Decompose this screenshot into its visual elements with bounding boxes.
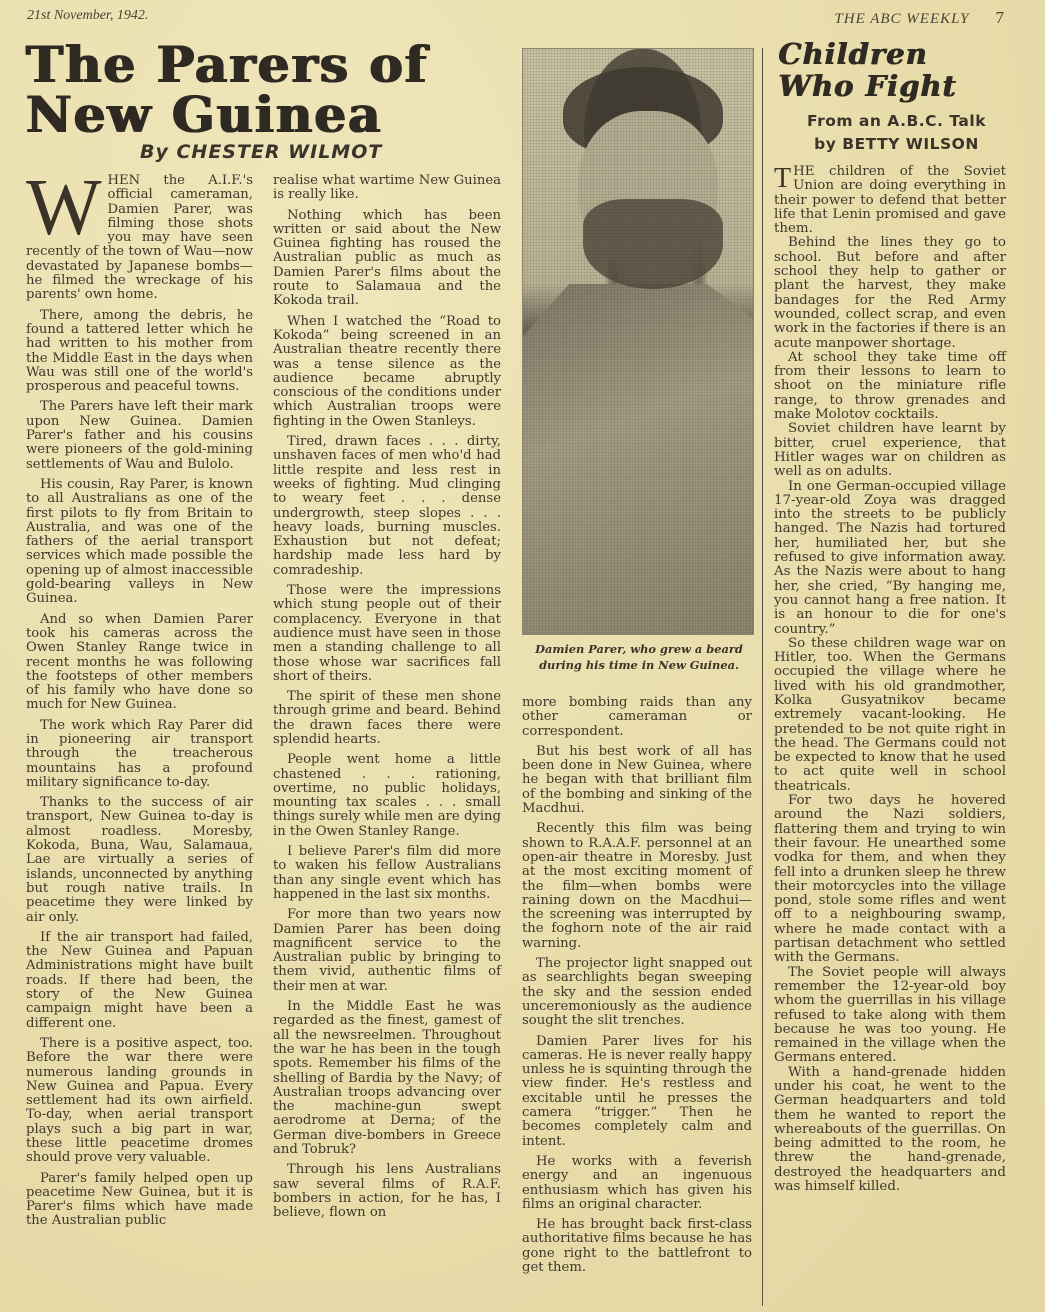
paragraph: Damien Parer lives for his cameras. He i… bbox=[522, 1035, 752, 1149]
paragraph: If the air transport had failed, the New… bbox=[26, 931, 253, 1031]
photo-caption: Damien Parer, who grew a beard during hi… bbox=[521, 641, 757, 673]
article-column-3: more bombing raids than any other camera… bbox=[522, 696, 752, 1281]
paragraph: Thanks to the success of air transport, … bbox=[26, 796, 253, 925]
paragraph: The work which Ray Parer did in pioneeri… bbox=[26, 719, 253, 790]
paragraph: His cousin, Ray Parer, is known to all A… bbox=[26, 478, 253, 607]
paragraph: Those were the impressions which stung p… bbox=[273, 584, 501, 684]
paragraph: I believe Parer's film did more to waken… bbox=[273, 845, 501, 902]
paragraph: When I watched the “Road to Kokoda” bein… bbox=[273, 315, 501, 429]
paragraph: But his best work of all has been done i… bbox=[522, 745, 752, 816]
side-article-byline: by BETTY WILSON bbox=[774, 133, 1019, 156]
headline-line-2: New Guinea bbox=[26, 85, 383, 144]
paragraph: In one German-occupied village 17-year-o… bbox=[774, 480, 1006, 637]
drop-cap: T bbox=[774, 167, 791, 191]
paragraph: So these children wage war on Hitler, to… bbox=[774, 637, 1006, 794]
side-article-headline: Children Who Fight bbox=[778, 38, 1018, 102]
side-headline-line-1: Children bbox=[778, 37, 927, 71]
publication-title: THE ABC WEEKLY bbox=[834, 11, 969, 27]
paragraph: In the Middle East he was regarded as th… bbox=[273, 1000, 501, 1157]
side-article-source: From an A.B.C. Talk bbox=[774, 110, 1019, 133]
paragraph: For two days he hovered around the Nazi … bbox=[774, 794, 1006, 966]
paragraph: THE children of the Soviet Union are doi… bbox=[774, 165, 1006, 236]
publication-name: THE ABC WEEKLY7 bbox=[834, 8, 1005, 28]
paragraph: Through his lens Australians saw several… bbox=[273, 1163, 501, 1220]
paragraph: WHEN the A.I.F.'s official cameraman, Da… bbox=[26, 174, 253, 303]
paragraph: People went home a little chastened . . … bbox=[273, 753, 501, 839]
page-number: 7 bbox=[996, 8, 1006, 27]
paragraph: Soviet children have learnt by bitter, c… bbox=[774, 422, 1006, 479]
drop-cap: W bbox=[26, 176, 102, 240]
halftone-texture bbox=[523, 49, 753, 634]
paragraph: He works with a feverish energy and an i… bbox=[522, 1155, 752, 1212]
paragraph: Nothing which has been written or said a… bbox=[273, 209, 501, 309]
article-column-1: WHEN the A.I.F.'s official cameraman, Da… bbox=[26, 174, 253, 1235]
paragraph: At school they take time off from their … bbox=[774, 351, 1006, 422]
paragraph: There, among the debris, he found a tatt… bbox=[26, 309, 253, 395]
paragraph: The spirit of these men shone through gr… bbox=[273, 690, 501, 747]
paragraph: The Soviet people will always remember t… bbox=[774, 966, 1006, 1066]
paragraph: more bombing raids than any other camera… bbox=[522, 696, 752, 739]
paragraph: Behind the lines they go to school. But … bbox=[774, 236, 1006, 350]
paragraph: For more than two years now Damien Parer… bbox=[273, 908, 501, 994]
main-article-headline: The Parers of New Guinea bbox=[26, 40, 506, 140]
paragraph: The projector light snapped out as searc… bbox=[522, 957, 752, 1028]
paragraph: Parer's family helped open up peacetime … bbox=[26, 1172, 253, 1229]
paragraph: He has brought back first-class authorit… bbox=[522, 1218, 752, 1275]
side-article-subtitle: From an A.B.C. Talk by BETTY WILSON bbox=[774, 110, 1019, 156]
issue-date: 21st November, 1942. bbox=[27, 8, 148, 24]
paragraph: Recently this film was being shown to R.… bbox=[522, 822, 752, 951]
paragraph: There is a positive aspect, too. Before … bbox=[26, 1037, 253, 1166]
paragraph: The Parers have left their mark upon New… bbox=[26, 400, 253, 471]
portrait-photo bbox=[522, 48, 754, 635]
side-article-column: THE children of the Soviet Union are doi… bbox=[774, 165, 1006, 1194]
paragraph: And so when Damien Parer took his camera… bbox=[26, 613, 253, 713]
article-column-2: realise what wartime New Guinea is reall… bbox=[273, 174, 501, 1226]
paragraph: With a hand-grenade hidden under his coa… bbox=[774, 1066, 1006, 1195]
paragraph: Tired, drawn faces . . . dirty, unshaven… bbox=[273, 435, 501, 578]
column-divider-rule bbox=[762, 48, 763, 1306]
main-article-byline: By CHESTER WILMOT bbox=[140, 141, 382, 163]
side-headline-line-2: Who Fight bbox=[778, 69, 956, 103]
paragraph: realise what wartime New Guinea is reall… bbox=[273, 174, 501, 203]
